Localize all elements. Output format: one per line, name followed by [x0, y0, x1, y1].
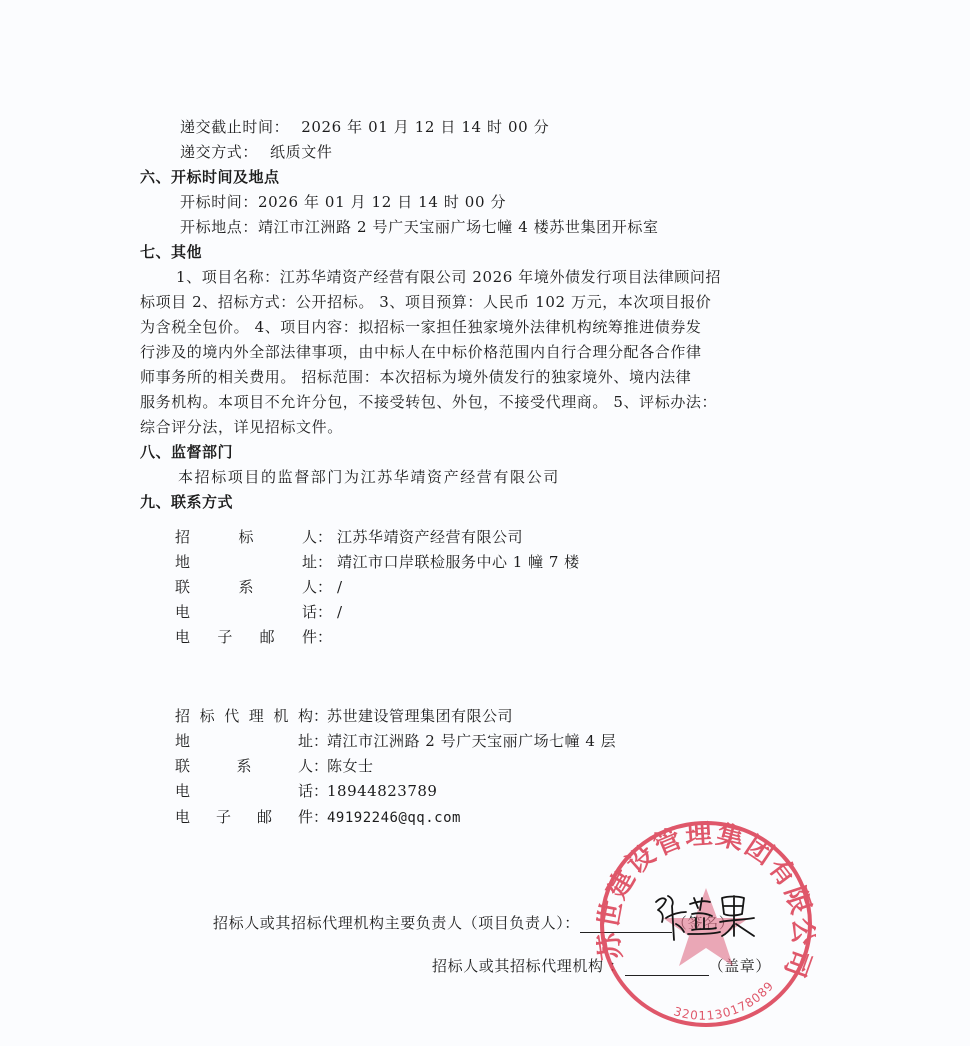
agency-phone-row: 电话：18944823789 — [175, 781, 437, 801]
opening-place-value: 靖江市江洲路 2 号广天宝丽广场七幢 4 楼苏世集团开标室 — [258, 218, 659, 236]
other-line-4: 行涉及的境内外全部法律事项，由中标人在中标价格范围内自行合理分配各合作律 — [140, 342, 702, 362]
opening-time-value: 2026 年 01 月 12 日 14 时 00 分 — [258, 193, 506, 211]
tenderer-phone-row: 电话：/ — [175, 602, 343, 622]
opening-place-label: 开标地点： — [180, 218, 258, 236]
section-9-heading: 九、联系方式 — [140, 492, 233, 512]
opening-time-label: 开标时间： — [180, 193, 258, 211]
field-value: / — [337, 578, 343, 596]
field-value: / — [337, 603, 343, 621]
tenderer-contact-row: 联系人：/ — [175, 577, 343, 597]
signature-suffix: （签名） — [672, 914, 734, 932]
agency-contact-row: 联系人：陈女士 — [175, 756, 374, 776]
field-value: 陈女士 — [327, 757, 374, 775]
field-label: 电话 — [175, 781, 313, 801]
field-label: 电话 — [175, 602, 317, 622]
field-label: 联系人 — [175, 756, 313, 776]
field-value: 江苏华靖资产经营有限公司 — [337, 528, 523, 546]
seal-label: 招标人或其招标代理机构 ： — [432, 957, 625, 975]
section-7-heading: 七、其他 — [140, 242, 202, 262]
field-label: 联系人 — [175, 577, 317, 597]
supervision-text: 本招标项目的监督部门为江苏华靖资产经营有限公司 — [178, 467, 560, 487]
tenderer-email-row: 电子邮件： — [175, 627, 337, 647]
agency-email-row: 电子邮件：49192246@qq.com — [175, 807, 461, 828]
submission-method: 递交方式：纸质文件 — [180, 142, 332, 162]
field-value: 苏世建设管理集团有限公司 — [327, 707, 513, 725]
tenderer-name-row: 招标人：江苏华靖资产经营有限公司 — [175, 527, 523, 547]
field-label: 电子邮件 — [175, 807, 313, 827]
submission-deadline: 递交截止时间：2026 年 01 月 12 日 14 时 00 分 — [180, 117, 549, 137]
section-8-heading: 八、监督部门 — [140, 442, 233, 462]
seal-blank — [625, 959, 709, 976]
field-label: 电子邮件 — [175, 627, 317, 647]
other-line-3: 为含税全包价。 4、项目内容：拟招标一家担任独家境外法律机构统筹推进债券发 — [140, 317, 702, 337]
other-line-1: 1、项目名称：江苏华靖资产经营有限公司 2026 年境外债发行项目法律顾问招 — [176, 267, 721, 287]
section-6-heading: 六、开标时间及地点 — [140, 167, 280, 187]
agency-seal-line: 招标人或其招标代理机构 ：（盖章） — [432, 955, 771, 976]
signature-label: 招标人或其招标代理机构主要负责人（项目负责人）： — [213, 914, 580, 932]
responsible-person-signature-line: 招标人或其招标代理机构主要负责人（项目负责人）：（签名） — [213, 912, 734, 933]
other-line-7: 综合评分法，详见招标文件。 — [140, 417, 343, 437]
field-label: 招标人 — [175, 527, 317, 547]
opening-place: 开标地点：靖江市江洲路 2 号广天宝丽广场七幢 4 楼苏世集团开标室 — [180, 217, 659, 237]
seal-suffix: （盖章） — [709, 957, 771, 975]
other-line-5: 师事务所的相关费用。 招标范围：本次招标为境外债发行的独家境外、境内法律 — [140, 367, 691, 387]
field-label: 招标代理机构 — [175, 706, 313, 726]
document-page: 递交截止时间：2026 年 01 月 12 日 14 时 00 分 递交方式：纸… — [0, 0, 970, 1046]
agency-name-row: 招标代理机构：苏世建设管理集团有限公司 — [175, 706, 513, 726]
deadline-label: 递交截止时间： — [180, 118, 289, 136]
other-line-6: 服务机构。本项目不允许分包，不接受转包、外包，不接受代理商。 5、评标办法： — [140, 392, 717, 412]
signature-blank — [580, 916, 672, 933]
method-value: 纸质文件 — [270, 143, 332, 161]
field-value: 靖江市江洲路 2 号广天宝丽广场七幢 4 层 — [327, 732, 616, 750]
field-value: 18944823789 — [327, 782, 437, 800]
agency-address-row: 地址：靖江市江洲路 2 号广天宝丽广场七幢 4 层 — [175, 731, 616, 751]
field-label: 地址 — [175, 552, 317, 572]
tenderer-address-row: 地址：靖江市口岸联检服务中心 1 幢 7 楼 — [175, 552, 580, 572]
field-value: 49192246@qq.com — [327, 810, 461, 826]
method-label: 递交方式： — [180, 143, 258, 161]
field-label: 地址 — [175, 731, 313, 751]
seal-code: 3201130178089 — [672, 979, 777, 1023]
field-value: 靖江市口岸联检服务中心 1 幢 7 楼 — [337, 553, 580, 571]
svg-text:3201130178089: 3201130178089 — [672, 979, 777, 1023]
other-line-2: 标项目 2、招标方式：公开招标。 3、项目预算：人民币 102 万元，本次项目报… — [140, 292, 711, 312]
deadline-value: 2026 年 01 月 12 日 14 时 00 分 — [301, 118, 549, 136]
opening-time: 开标时间：2026 年 01 月 12 日 14 时 00 分 — [180, 192, 506, 212]
